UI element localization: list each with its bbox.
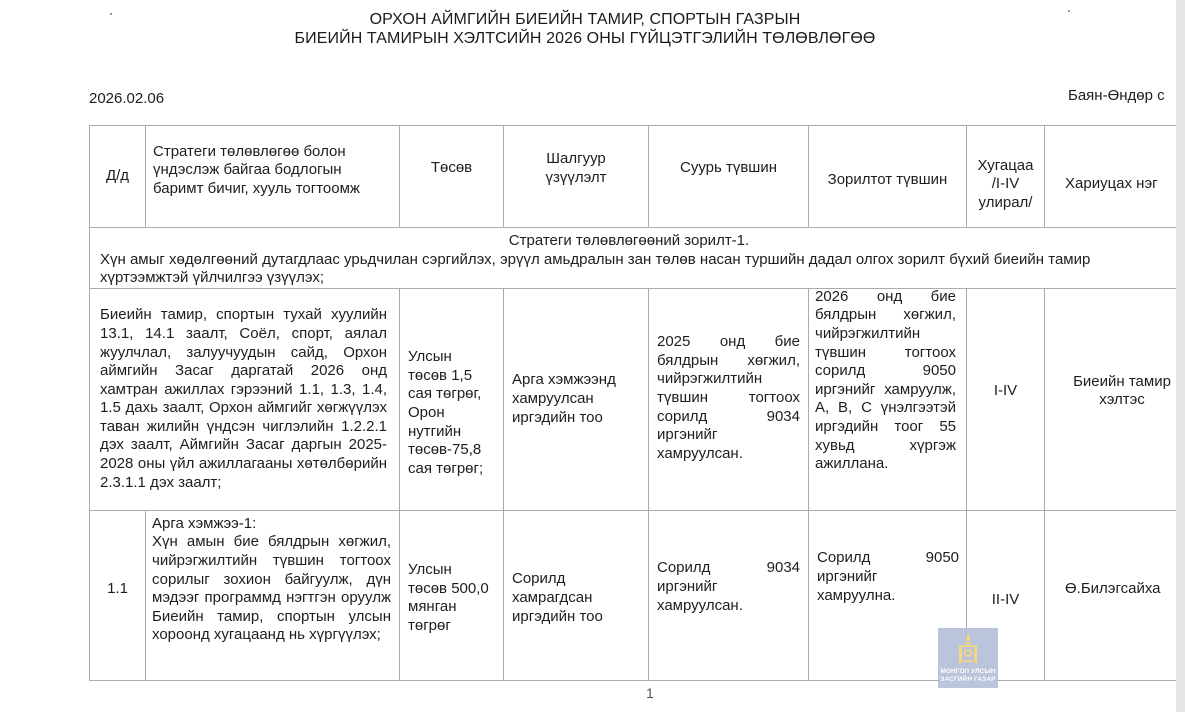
row-baseline-cell: Сорилд 9034 иргэнийг хамруулсан. xyxy=(649,510,809,680)
row-activity-cell: Арга хэмжээ-1: Хүн амын бие бялдрын хөгж… xyxy=(146,510,400,680)
row-budget: Улсын төсөв 500,0 мянган төгрөг xyxy=(400,561,503,635)
base-baseline-text: 2025 онд бие бялдрын хөгжил, чийрэгжилти… xyxy=(649,333,808,463)
goal-cell: Стратеги төлөвлөгөөний зорилт-1. Хүн амы… xyxy=(90,228,1177,289)
header-budget: Төсөв xyxy=(400,126,504,228)
base-baseline-cell: 2025 онд бие бялдрын хөгжил, чийрэгжилти… xyxy=(649,288,809,510)
header-responsible-text: Хариуцах нэг xyxy=(1045,175,1176,194)
base-responsible-text: Биеийн тамир хэлтэс xyxy=(1045,373,1176,410)
row-budget-cell: Улсын төсөв 500,0 мянган төгрөг xyxy=(400,510,504,680)
header-strategy-text: Стратеги төлөвлөгөө болон үндэслэж байга… xyxy=(146,143,399,199)
viewer-margin xyxy=(1176,0,1185,712)
header-indicator: Шалгуур үзүүлэлт xyxy=(504,126,649,228)
row-activity-text: Хүн амын бие бялдрын хөгжил, чийрэгжилти… xyxy=(152,533,391,645)
goal-row: Стратеги төлөвлөгөөний зорилт-1. Хүн амы… xyxy=(90,228,1177,289)
base-responsible-cell: Биеийн тамир хэлтэс xyxy=(1045,288,1177,510)
base-target-cell: 2026 онд бие бялдрын хөгжил, чийрэгжилти… xyxy=(809,288,967,510)
header-budget-text: Төсөв xyxy=(400,159,503,178)
watermark-caption-line1: МОНГОЛ УЛСЫН xyxy=(938,668,998,675)
base-indicator-cell: Арга хэмжээнд хамруулсан иргэдийн тоо xyxy=(504,288,649,510)
table-row: Биеийн тамир, спортын тухай хуулийн 13.1… xyxy=(90,288,1177,510)
base-target-text: 2026 онд бие бялдрын хөгжил, чийрэгжилти… xyxy=(809,288,966,474)
plan-table: Д/д Стратеги төлөвлөгөө болон үндэслэж б… xyxy=(89,125,1176,681)
base-deadline-text: I-IV xyxy=(967,382,1044,401)
document-place: Баян-Өндөр с xyxy=(1068,87,1165,104)
row-activity-label: Арга хэмжээ-1: xyxy=(152,515,391,534)
row-indicator-cell: Сорилд хамрагдсан иргэдийн тоо xyxy=(504,510,649,680)
base-budget-cell: Улсын төсөв 1,5 сая төгрөг, Орон нутгийн… xyxy=(400,288,504,510)
goal-text-line2: хүртээмжтэй үйлчилгээ үзүүлэх; xyxy=(90,269,1168,288)
base-indicator-text: Арга хэмжээнд хамруулсан иргэдийн тоо xyxy=(504,371,648,427)
row-responsible-cell: Ө.Билэгсайха xyxy=(1045,510,1177,680)
header-target-text: Зорилтот түвшин xyxy=(809,171,966,190)
goal-text-line1: Хүн амыг хөдөлгөөний дутагдлаас урьдчила… xyxy=(90,251,1168,270)
row-no-cell: 1.1 xyxy=(90,510,146,680)
base-strategy-text: Биеийн тамир, спортын тухай хуулийн 13.1… xyxy=(90,306,399,492)
row-baseline: Сорилд 9034 иргэнийг хамруулсан. xyxy=(649,559,808,615)
base-deadline-cell: I-IV xyxy=(967,288,1045,510)
goal-title: Стратеги төлөвлөгөөний зорилт-1. xyxy=(90,232,1168,251)
base-budget-text: Улсын төсөв 1,5 сая төгрөг, Орон нутгийн… xyxy=(400,348,503,478)
document-title-line1: ОРХОН АЙМГИЙН БИЕИЙН ТАМИР, СПОРТЫН ГАЗР… xyxy=(60,11,1110,29)
table-row: 1.1 Арга хэмжээ-1: Хүн амын бие бялдрын … xyxy=(90,510,1177,680)
government-watermark: МОНГОЛ УЛСЫН ЗАСГИЙН ГАЗАР xyxy=(938,628,998,688)
header-indicator-text: Шалгуур үзүүлэлт xyxy=(504,150,648,187)
row-responsible: Ө.Билэгсайха xyxy=(1045,580,1176,599)
soyombo-emblem-icon xyxy=(959,634,977,664)
row-activity: Арга хэмжээ-1: Хүн амын бие бялдрын хөгж… xyxy=(146,511,399,645)
base-strategy-cell: Биеийн тамир, спортын тухай хуулийн 13.1… xyxy=(90,288,400,510)
header-target: Зорилтот түвшин xyxy=(809,126,967,228)
page-number: 1 xyxy=(646,685,654,701)
header-responsible: Хариуцах нэг xyxy=(1045,126,1177,228)
row-deadline: II-IV xyxy=(967,591,1044,610)
row-indicator: Сорилд хамрагдсан иргэдийн тоо xyxy=(504,570,648,626)
table-header-row: Д/д Стратеги төлөвлөгөө болон үндэслэж б… xyxy=(90,126,1177,228)
row-no: 1.1 xyxy=(90,580,145,599)
header-no: Д/д xyxy=(90,126,146,228)
header-baseline-text: Суурь түвшин xyxy=(649,159,808,178)
header-deadline: Хугацаа /I-IV улирал/ xyxy=(967,126,1045,228)
document-title-line2: БИЕИЙН ТАМИРЫН ХЭЛТСИЙН 2026 ОНЫ ГҮЙЦЭТГ… xyxy=(60,30,1110,48)
header-baseline: Суурь түвшин xyxy=(649,126,809,228)
row-target: Сорилд 9050 иргэнийг хамруулна. xyxy=(809,549,966,605)
document-date: 2026.02.06 xyxy=(89,90,164,107)
header-strategy: Стратеги төлөвлөгөө болон үндэслэж байга… xyxy=(146,126,400,228)
watermark-caption-line2: ЗАСГИЙН ГАЗАР xyxy=(938,676,998,683)
header-deadline-text: Хугацаа /I-IV улирал/ xyxy=(967,157,1044,213)
document-page: ОРХОН АЙМГИЙН БИЕИЙН ТАМИР, СПОРТЫН ГАЗР… xyxy=(0,0,1176,712)
